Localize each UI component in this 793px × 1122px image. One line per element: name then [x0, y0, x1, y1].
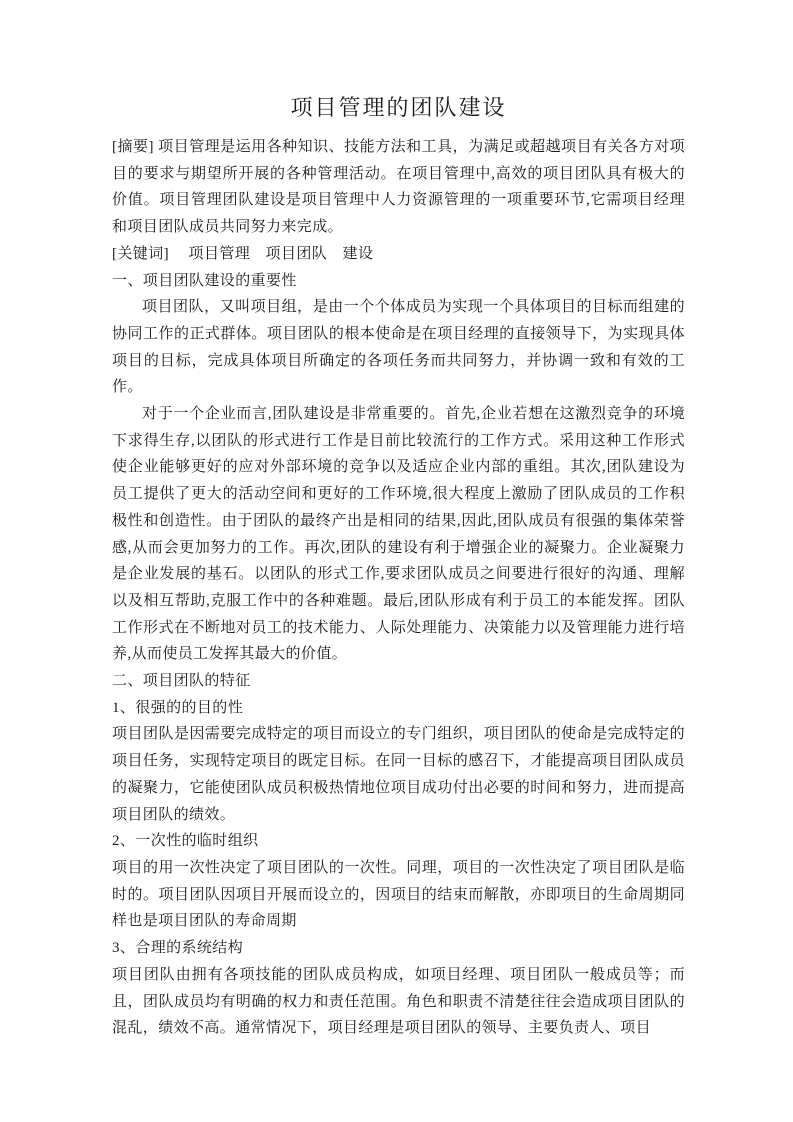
- body-paragraph-purpose: 项目团队是因需要完成特定的项目而设立的专门组织，项目团队的使命是完成特定的项目任…: [112, 721, 685, 828]
- subheading-purpose: 1、很强的的目的性: [112, 695, 685, 722]
- subheading-temporary-organization: 2、一次性的临时组织: [112, 828, 685, 855]
- section-heading-characteristics: 二、项目团队的特征: [112, 668, 685, 695]
- abstract-paragraph: [摘要] 项目管理是运用各种知识、技能方法和工具，为满足或超越项目有关各方对项目…: [112, 134, 685, 241]
- body-paragraph-team-definition: 项目团队，又叫项目组，是由一个个体成员为实现一个具体项目的目标而组建的协同工作的…: [112, 294, 685, 401]
- document-page: 项目管理的团队建设 [摘要] 项目管理是运用各种知识、技能方法和工具，为满足或超…: [0, 0, 793, 1122]
- subheading-system-structure: 3、合理的系统结构: [112, 935, 685, 962]
- keywords-line: [关键词] 项目管理 项目团队 建设: [112, 241, 685, 268]
- body-paragraph-system-structure: 项目团队由拥有各项技能的团队成员构成，如项目经理、项目团队一般成员等；而且，团队…: [112, 962, 685, 1042]
- document-title: 项目管理的团队建设: [112, 90, 685, 126]
- body-paragraph-temporary-organization: 项目的用一次性决定了项目团队的一次性。同理，项目的一次性决定了项目团队是临时的。…: [112, 855, 685, 935]
- section-heading-importance: 一、项目团队建设的重要性: [112, 268, 685, 295]
- body-paragraph-enterprise-importance: 对于一个企业而言,团队建设是非常重要的。首先,企业若想在这激烈竞争的环境下求得生…: [112, 401, 685, 668]
